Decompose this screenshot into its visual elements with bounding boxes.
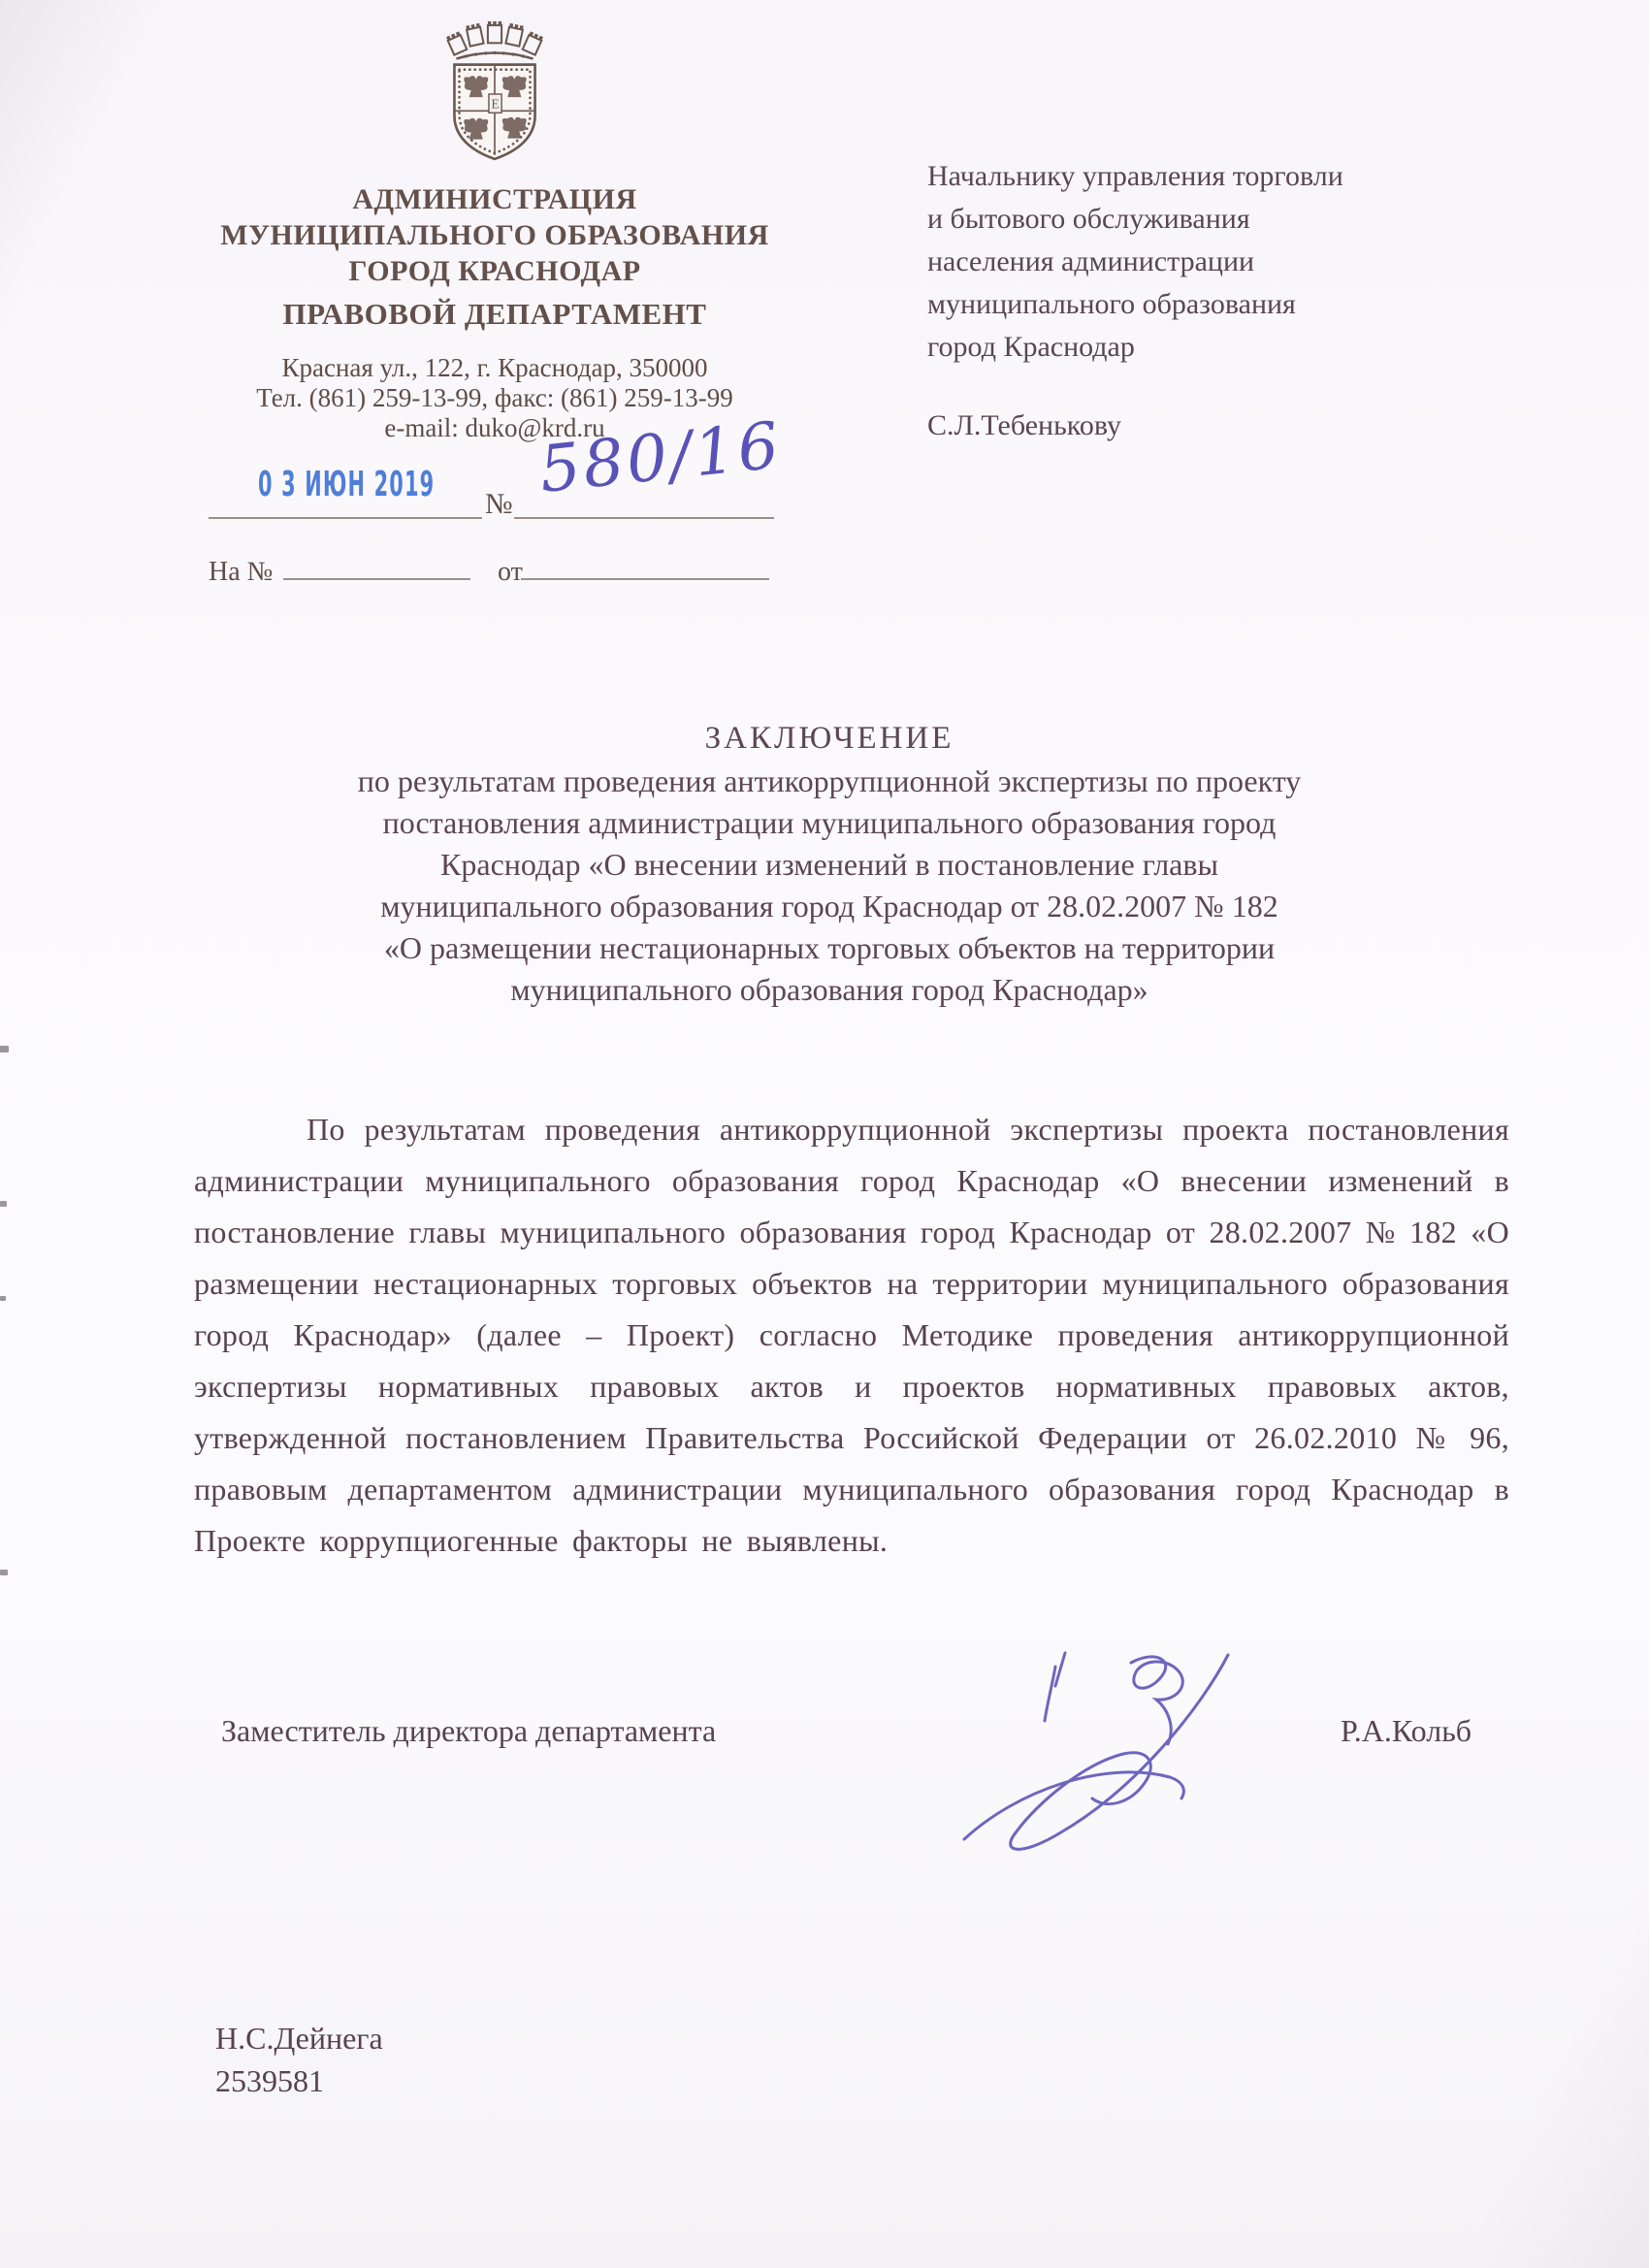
org-phone-fax: Тел. (861) 259-13-99, факс: (861) 259-13…: [145, 383, 844, 413]
scan-artifact: [0, 1296, 6, 1301]
addressee-line: Начальнику управления торговли: [927, 155, 1412, 198]
org-name-line2: МУНИЦИПАЛЬНОГО ОБРАЗОВАНИЯ: [145, 217, 844, 253]
incoming-number-label: На №: [209, 557, 273, 588]
number-underline: [514, 517, 774, 519]
document-title: ЗАКЛЮЧЕНИЕ: [189, 716, 1470, 761]
signer-name: Р.А.Кольб: [1341, 1713, 1471, 1749]
title-subtitle-line: муниципального образования город Краснод…: [189, 886, 1470, 927]
crown-towers: [446, 21, 543, 55]
title-subtitle-line: по результатам проведения антикоррупцион…: [189, 761, 1470, 802]
incoming-date-underline: [521, 578, 769, 580]
org-address: Красная ул., 122, г. Краснодар, 350000: [145, 353, 844, 383]
org-name-line3: ГОРОД КРАСНОДАР: [145, 253, 844, 289]
date-stamp: 0 3 ИЮН 2019: [258, 468, 435, 502]
addressee-line: муниципального образования: [927, 283, 1412, 326]
addressee-line: город Краснодар: [927, 326, 1412, 369]
handwritten-signature: [931, 1645, 1300, 1868]
org-name-line1: АДМИНИСТРАЦИЯ: [145, 181, 844, 217]
title-subtitle-line: постановления администрации муниципально…: [189, 802, 1470, 844]
scanned-letter-page: Е АДМИНИСТРАЦИЯ МУНИЦИПАЛЬНОГО ОБРАЗОВАН…: [0, 0, 1649, 2268]
incoming-number-underline: [283, 578, 470, 580]
addressee-name: С.Л.Тебенькову: [927, 409, 1121, 442]
addressee-line: населения администрации: [927, 241, 1412, 283]
title-subtitle-line: муниципального образования город Краснод…: [189, 969, 1470, 1011]
scan-artifact: [0, 1201, 7, 1207]
krasnodar-coat-of-arms-icon: Е: [440, 19, 549, 165]
number-label: №: [485, 488, 513, 521]
body-paragraph: По результатам проведения антикоррупцион…: [194, 1104, 1509, 1567]
title-subtitle-line: Краснодар «О внесении изменений в постан…: [189, 844, 1470, 886]
executor-phone: 2539581: [215, 2060, 324, 2101]
department-name: ПРАВОВОЙ ДЕПАРТАМЕНТ: [145, 295, 844, 334]
scan-artifact: [0, 1570, 8, 1575]
letterhead: Е АДМИНИСТРАЦИЯ МУНИЦИПАЛЬНОГО ОБРАЗОВАН…: [145, 19, 844, 443]
signer-position: Заместитель директора департамента: [221, 1713, 716, 1749]
executor-name: Н.С.Дейнега: [215, 2018, 383, 2058]
title-subtitle-line: «О размещении нестационарных торговых об…: [189, 927, 1470, 969]
document-title-block: ЗАКЛЮЧЕНИЕ по результатам проведения ант…: [189, 716, 1470, 1011]
scan-artifact: [0, 1046, 9, 1053]
date-underline: [209, 517, 482, 519]
incoming-from-label: от: [498, 557, 523, 588]
addressee-line: и бытового обслуживания: [927, 198, 1412, 241]
monogram-letter: Е: [491, 97, 499, 112]
addressee-block: Начальнику управления торговли и бытовог…: [927, 155, 1412, 369]
